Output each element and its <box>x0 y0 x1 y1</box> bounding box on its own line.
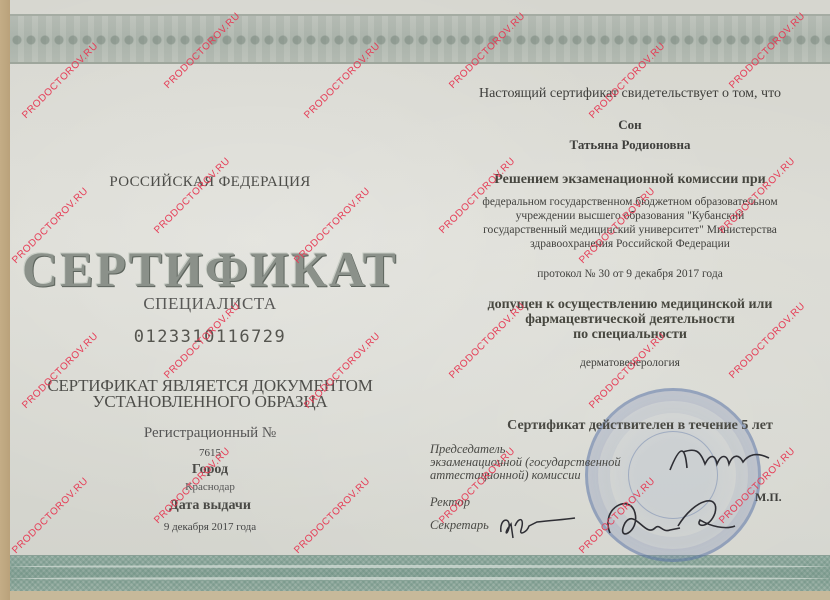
protocol-text: протокол № 30 от 9 декабря 2017 года <box>430 268 830 280</box>
document-status: СЕРТИФИКАТ ЯВЛЯЕТСЯ ДОКУМЕНТОМ УСТАНОВЛЕ… <box>20 378 400 410</box>
admission-line: фармацевтической деятельности <box>430 312 830 327</box>
validity-text: Сертификат действителен в течение 5 лет <box>440 418 830 434</box>
registration-label: Регистрационный № <box>20 425 400 442</box>
guilloche-top-border <box>10 14 830 64</box>
certificate-title: СЕРТИФИКАТ <box>20 240 400 298</box>
registration-value: 7615 <box>20 447 400 459</box>
admission-text: допущен к осуществлению медицинской или … <box>430 297 830 342</box>
rector-label: Ректор <box>430 496 470 509</box>
decision-heading: Решением экзаменационной комиссии при <box>430 172 830 188</box>
institution-name: федеральном государственном бюджетном об… <box>430 195 830 251</box>
institution-line: учреждении высшего образования "Кубански… <box>430 209 830 223</box>
city-label: Город <box>20 462 400 478</box>
chairman-label: Председатель экзаменационной (государств… <box>430 443 621 482</box>
guilloche-bottom-border <box>10 555 830 592</box>
issue-date-label: Дата выдачи <box>20 498 400 514</box>
document-status-line: УСТАНОВЛЕННОГО ОБРАЗЦА <box>20 394 400 410</box>
holder-given-names: Татьяна Родионовна <box>430 137 830 153</box>
intro-text: Настоящий сертификат свидетельствует о т… <box>430 86 830 102</box>
certificate-subtitle: СПЕЦИАЛИСТА <box>20 294 400 314</box>
city-value: Краснодар <box>20 481 400 493</box>
rector-signature <box>600 488 740 548</box>
seal-place-label: М.П. <box>755 490 782 505</box>
frame-bottom-edge <box>10 591 830 600</box>
institution-line: государственный медицинский университет"… <box>430 223 830 237</box>
secretary-label: Секретарь <box>430 519 489 532</box>
institution-line: здравоохранения Российской Федерации <box>430 237 830 251</box>
specialty-value: дерматовенерология <box>430 357 830 369</box>
admission-line: по специальности <box>430 327 830 342</box>
secretary-signature <box>497 512 577 542</box>
institution-line: федеральном государственном бюджетном об… <box>430 195 830 209</box>
certificate-number: 0123310116729 <box>20 327 400 347</box>
issue-date-value: 9 декабря 2017 года <box>20 521 400 533</box>
admission-line: допущен к осуществлению медицинской или <box>430 297 830 312</box>
chairman-signature <box>665 440 775 480</box>
chairman-label-line: аттестационной) комиссии <box>430 469 621 482</box>
holder-surname: Сон <box>430 117 830 133</box>
country-name: РОССИЙСКАЯ ФЕДЕРАЦИЯ <box>20 174 400 191</box>
